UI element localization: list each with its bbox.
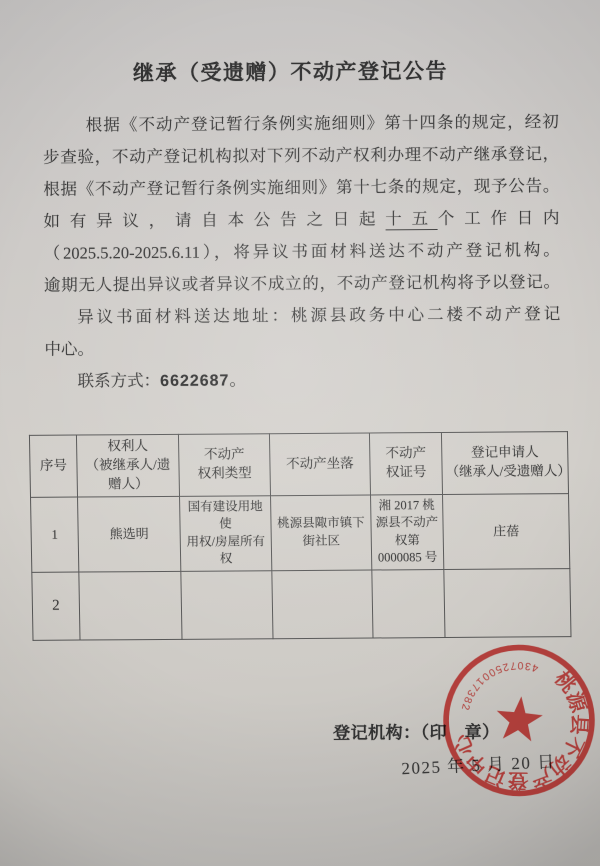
header-cell-location: 不动产坐落 (269, 433, 370, 495)
header-cell-righttype: 不动产 权利类型 (178, 434, 270, 496)
cell-applicant (444, 568, 571, 637)
seal-code: 4307250017382 (447, 644, 544, 718)
body-line-deadline: 如有异议，请自本公告之日起十五个工作日内 (43, 202, 559, 238)
table-header-row: 序号 权利人 （被继承人/遗 赠人） 不动产 权利类型 不动产坐落 不动产 权证… (29, 432, 568, 497)
cell-applicant: 庄蓓 (443, 493, 570, 569)
cell-seq: 1 (31, 497, 79, 572)
deadline-text-post: 个工作日内 (438, 208, 560, 228)
body-line: 中心。 (44, 330, 560, 366)
parties-table: 序号 权利人 （被继承人/遗 赠人） 不动产 权利类型 不动产坐落 不动产 权证… (29, 431, 572, 640)
contact-label: 联系方式： (78, 371, 161, 391)
body-line: 异议书面材料送达地址：桃源县政务中心二楼不动产登记 (44, 298, 560, 334)
table-row: 1 熊选明 国有建设用地使 用权/房屋所有 权 桃源县陬市镇下 街社区 湘 20… (31, 493, 570, 572)
page-title: 继承（受遗赠）不动产登记公告 (0, 54, 584, 88)
cell-seq: 2 (32, 572, 80, 640)
contact-line: 联系方式：6622687。 (45, 362, 561, 399)
document-photo: 继承（受遗赠）不动产登记公告 根据《不动产登记暂行条例实施细则》第十四条的规定，… (0, 0, 600, 866)
paper-sheet: 继承（受遗赠）不动产登记公告 根据《不动产登记暂行条例实施细则》第十四条的规定，… (0, 0, 600, 866)
contact-period: 。 (229, 370, 246, 389)
deadline-underline: 十五 (385, 209, 438, 230)
body-line: 逾期无人提出异议或者异议不成立的，不动产登记机构将予以登记。 (44, 266, 560, 302)
header-cell-applicant: 登记申请人 （继承人/受遗赠人） (441, 432, 568, 495)
table-row: 2 (32, 568, 571, 640)
cell-location (272, 570, 373, 639)
contact-number: 6622687 (160, 372, 229, 389)
cell-righttype (181, 570, 273, 639)
header-cell-certno: 不动产 权证号 (369, 433, 442, 495)
cell-rightholder: 熊选明 (78, 496, 181, 572)
body-line: （2025.5.20-2025.6.11），将异议书面材料送达不动产登记机构。 (44, 234, 560, 270)
cell-certno: 湘 2017 桃 源县不动产 权第 0000085 号 (371, 494, 444, 569)
seal-star (489, 692, 551, 753)
header-cell-rightholder: 权利人 （被继承人/遗 赠人） (76, 434, 179, 496)
body-line: 根据《不动产登记暂行条例实施细则》第十七条的规定，现予公告。 (43, 170, 559, 206)
cell-location: 桃源县陬市镇下 街社区 (271, 495, 372, 571)
deadline-text-pre: 如有异议，请自本公告之日起 (43, 209, 385, 230)
body-line: 根据《不动产登记暂行条例实施细则》第十四条的规定，经初 (43, 106, 559, 142)
body-line: 步查验，不动产登记机构拟对下列不动产权利办理不动产继承登记， (43, 138, 559, 174)
cell-rightholder (79, 571, 182, 640)
official-seal-stamp: 桃源县不动产登记中心 4307250017382 (437, 639, 600, 802)
header-cell-seq: 序号 (29, 435, 77, 497)
cell-righttype: 国有建设用地使 用权/房屋所有 权 (180, 495, 272, 571)
announcement-body: 根据《不动产登记暂行条例实施细则》第十四条的规定，经初 步查验，不动产登记机构拟… (43, 106, 561, 399)
svg-text:4307250017382: 4307250017382 (447, 644, 544, 718)
cell-certno (372, 569, 445, 637)
